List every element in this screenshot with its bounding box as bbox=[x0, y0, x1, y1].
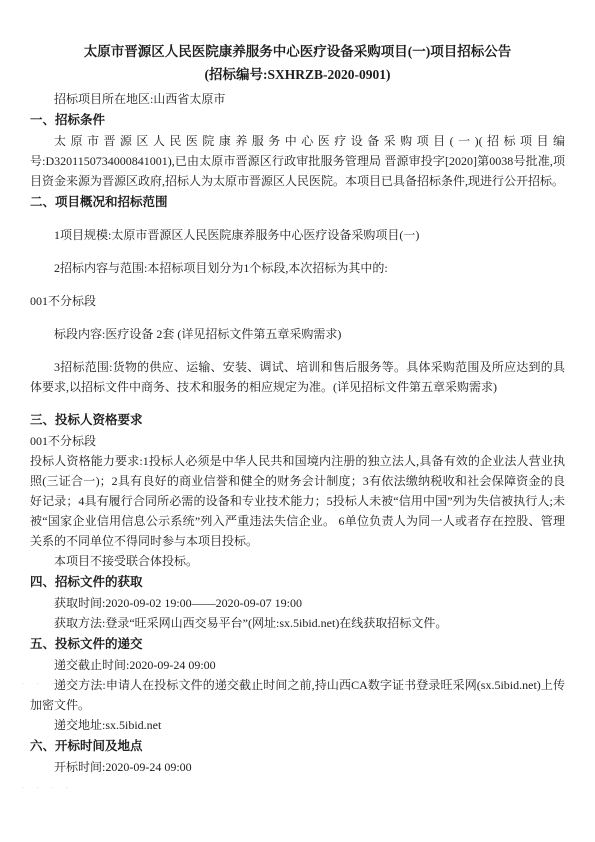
location-line: 招标项目所在地区:山西省太原市 bbox=[30, 89, 565, 109]
section-2-paragraph-1: 1项目规模:太原市晋源区人民医院康养服务中心医疗设备采购项目(一) bbox=[30, 225, 565, 245]
section-2-paragraph-5: 3招标范围:货物的供应、运输、安装、调试、培训和售后服务等。具体采购范围及所应达… bbox=[30, 357, 565, 397]
section-6-heading: 六、开标时间及地点 bbox=[30, 736, 565, 756]
section-4-paragraph-2: 获取方法:登录“旺采网山西交易平台”(网址:sx.5ibid.net)在线获取招… bbox=[30, 613, 565, 633]
doc-subtitle: (招标编号:SXHRZB-2020-0901) bbox=[30, 63, 565, 86]
section-5-paragraph-2: 递交方法:申请人在投标文件的递交截止时间之前,持山西CA数字证书登录旺采网(sx… bbox=[30, 675, 565, 715]
doc-title: 太原市晋源区人民医院康养服务中心医疗设备采购项目(一)项目招标公告 bbox=[30, 40, 565, 63]
section-2-paragraph-3: 001不分标段 bbox=[30, 291, 565, 311]
scan-artifact-dots-2: . . . . bbox=[22, 780, 73, 790]
section-3-paragraph-1: 001不分标段 bbox=[30, 431, 565, 451]
section-5-heading: 五、投标文件的递交 bbox=[30, 634, 565, 654]
section-3-heading: 三、投标人资格要求 bbox=[30, 410, 565, 430]
section-1-heading: 一、招标条件 bbox=[30, 110, 565, 130]
section-2-paragraph-4: 标段内容:医疗设备 2套 (详见招标文件第五章采购需求) bbox=[30, 324, 565, 344]
document-page: 太原市晋源区人民医院康养服务中心医疗设备采购项目(一)项目招标公告 (招标编号:… bbox=[0, 0, 595, 842]
section-3-paragraph-2: 投标人资格能力要求:1投标人必须是中华人民共和国境内注册的独立法人,具备有效的企… bbox=[30, 451, 565, 551]
section-3-paragraph-3: 本项目不接受联合体投标。 bbox=[30, 551, 565, 571]
section-4-heading: 四、招标文件的获取 bbox=[30, 572, 565, 592]
scan-artifact-dots-1: . . . . bbox=[22, 676, 73, 686]
section-2-paragraph-2: 2招标内容与范围:本招标项目划分为1个标段,本次招标为其中的: bbox=[30, 258, 565, 278]
section-2-heading: 二、项目概况和招标范围 bbox=[30, 192, 565, 212]
section-1-paragraph-1: 太原市晋源区人民医院康养服务中心医疗设备采购项目(一)(招标项目编号:D3201… bbox=[30, 131, 565, 191]
section-4-paragraph-1: 获取时间:2020-09-02 19:00——2020-09-07 19:00 bbox=[30, 593, 565, 613]
section-6-paragraph-1: 开标时间:2020-09-24 09:00 bbox=[30, 757, 565, 777]
section-5-paragraph-1: 递交截止时间:2020-09-24 09:00 bbox=[30, 655, 565, 675]
section-5-paragraph-3: 递交地址:sx.5ibid.net bbox=[30, 715, 565, 735]
